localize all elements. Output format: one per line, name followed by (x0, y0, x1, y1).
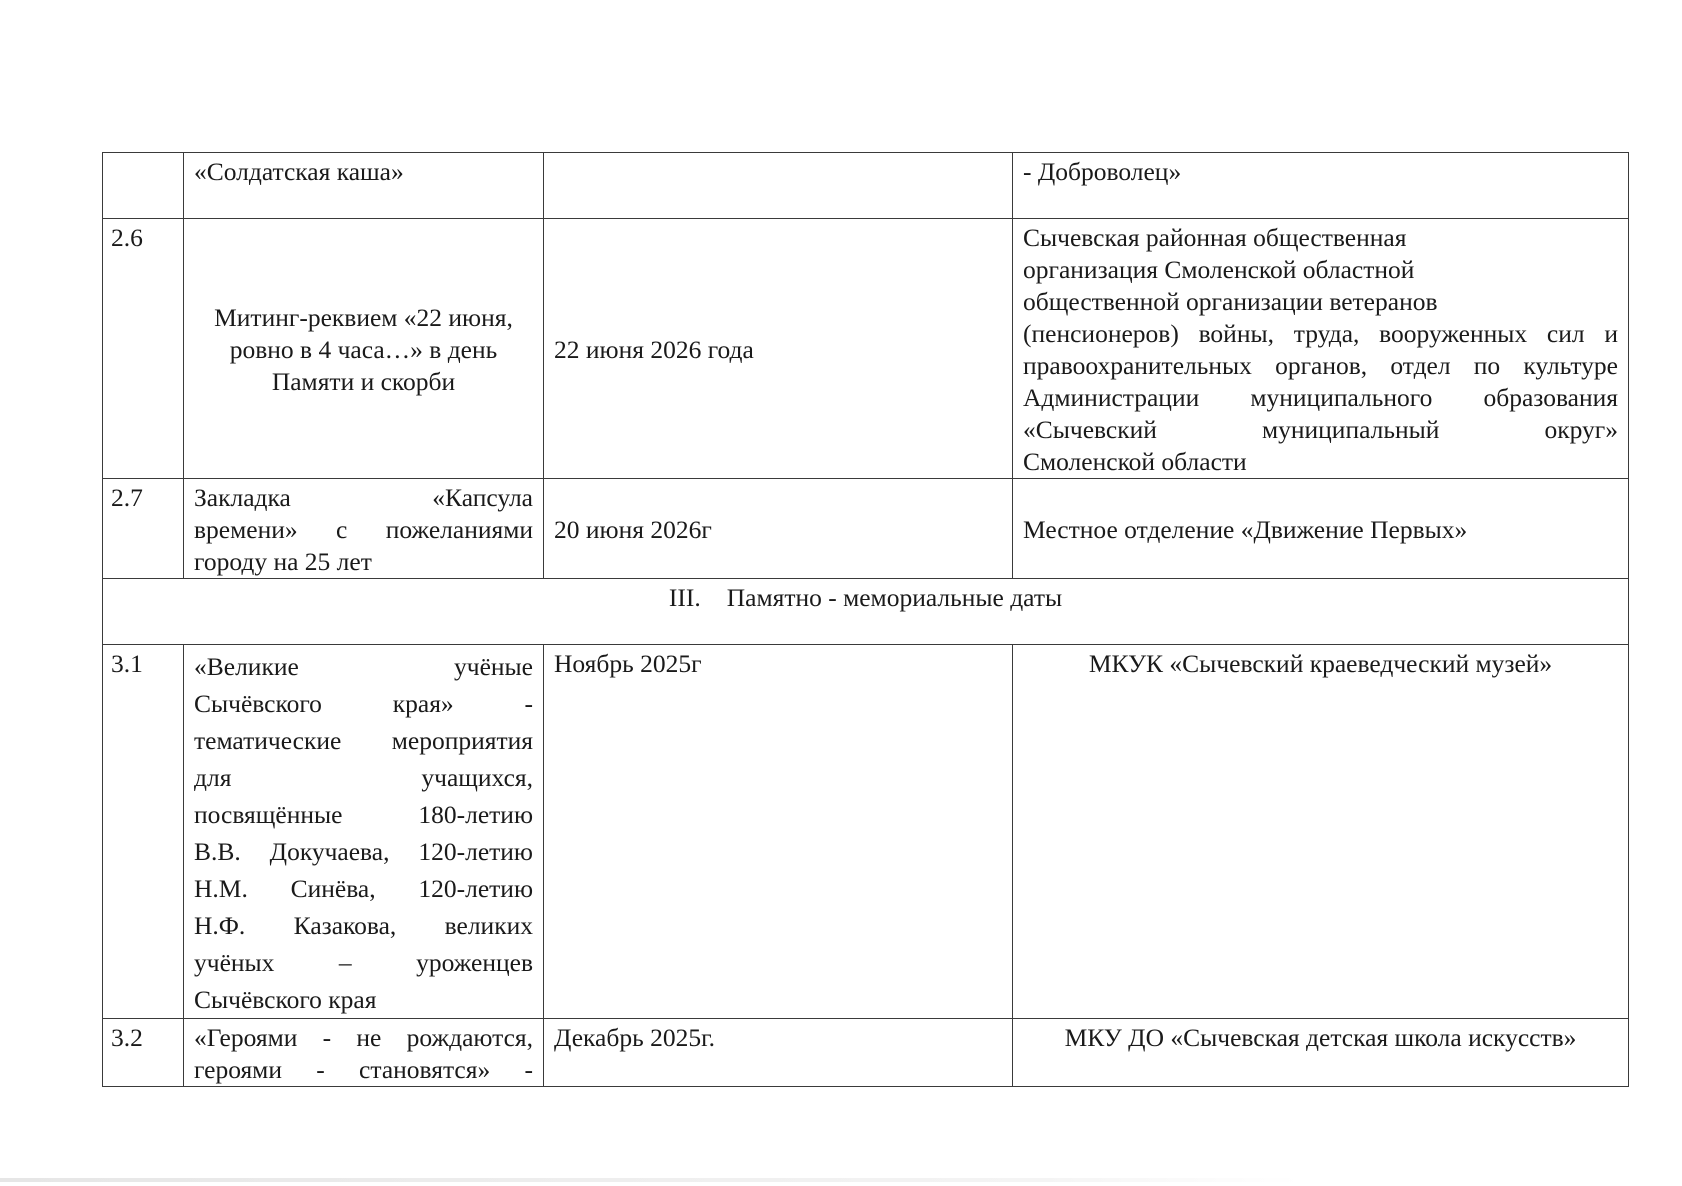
event-cell: «Героями - не рождаются, героями - стано… (184, 1019, 544, 1087)
event-line: ровно в 4 часа…» в день (194, 334, 533, 366)
event-line: городу на 25 лет (194, 546, 533, 578)
row-number (103, 153, 184, 219)
event-line: Сычёвского края» - (194, 685, 533, 722)
table-row: 2.6 Митинг-реквием «22 июня, ровно в 4 ч… (103, 219, 1629, 479)
event-cell: «Великие учёные Сычёвского края» - темат… (184, 645, 544, 1019)
organizer-line: Администрации муниципального образования (1023, 382, 1618, 414)
event-line: «Героями - не рождаются, (194, 1022, 533, 1054)
event-cell: Митинг-реквием «22 июня, ровно в 4 часа…… (184, 219, 544, 479)
table-row: 2.7 Закладка «Капсула времени» с пожелан… (103, 479, 1629, 579)
section-heading: III.Памятно - мемориальные даты (103, 579, 1629, 645)
table-row: «Солдатская каша» - Доброволец» (103, 153, 1629, 219)
row-number: 3.1 (103, 645, 184, 1019)
event-line: Митинг-реквием «22 июня, (194, 302, 533, 334)
date-cell: 20 июня 2026г (544, 479, 1013, 579)
event-line: Н.Ф. Казакова, великих (194, 907, 533, 944)
organizer-line: общественной организации ветеранов (1023, 286, 1618, 318)
date-cell: Декабрь 2025г. (544, 1019, 1013, 1087)
organizer-cell: Местное отделение «Движение Первых» (1013, 479, 1629, 579)
event-line: героями - становятся» - (194, 1054, 533, 1086)
event-line: тематические мероприятия (194, 722, 533, 759)
event-line: для учащихся, (194, 759, 533, 796)
event-line: Н.М. Синёва, 120-летию (194, 870, 533, 907)
organizer-line: правоохранительных органов, отдел по кул… (1023, 350, 1618, 382)
event-cell: Закладка «Капсула времени» с пожеланиями… (184, 479, 544, 579)
event-line: В.В. Докучаева, 120-летию (194, 833, 533, 870)
events-plan-table: «Солдатская каша» - Доброволец» 2.6 Мити… (102, 152, 1629, 1087)
organizer-line: Смоленской области (1023, 446, 1618, 478)
scan-edge-divider (0, 1178, 1300, 1182)
organizer-cell: МКУ ДО «Сычевская детская школа искусств… (1013, 1019, 1629, 1087)
event-line: времени» с пожеланиями (194, 514, 533, 546)
event-cell: «Солдатская каша» (184, 153, 544, 219)
section-row: III.Памятно - мемориальные даты (103, 579, 1629, 645)
section-title: Памятно - мемориальные даты (727, 583, 1062, 612)
organizer-line: организация Смоленской областной (1023, 254, 1618, 286)
date-cell: Ноябрь 2025г (544, 645, 1013, 1019)
row-number: 2.7 (103, 479, 184, 579)
organizer-line: (пенсионеров) войны, труда, вооруженных … (1023, 318, 1618, 350)
date-cell (544, 153, 1013, 219)
table-row: 3.1 «Великие учёные Сычёвского края» - т… (103, 645, 1629, 1019)
section-number: III. (669, 582, 701, 614)
document-page: «Солдатская каша» - Доброволец» 2.6 Мити… (0, 0, 1682, 1186)
row-number: 3.2 (103, 1019, 184, 1087)
date-cell: 22 июня 2026 года (544, 219, 1013, 479)
table-row: 3.2 «Героями - не рождаются, героями - с… (103, 1019, 1629, 1087)
organizer-cell: МКУК «Сычевский краеведческий музей» (1013, 645, 1629, 1019)
event-line: «Великие учёные (194, 648, 533, 685)
event-line: учёных – уроженцев (194, 944, 533, 981)
event-line: Закладка «Капсула (194, 482, 533, 514)
organizer-cell: - Доброволец» (1013, 153, 1629, 219)
organizer-line: Сычевская районная общественная (1023, 222, 1618, 254)
organizer-cell: Сычевская районная общественная организа… (1013, 219, 1629, 479)
event-line: Памяти и скорби (194, 366, 533, 398)
event-line: Сычёвского края (194, 981, 533, 1018)
organizer-line: «Сычевский муниципальный округ» (1023, 414, 1618, 446)
event-line: посвящённые 180-летию (194, 796, 533, 833)
row-number: 2.6 (103, 219, 184, 479)
